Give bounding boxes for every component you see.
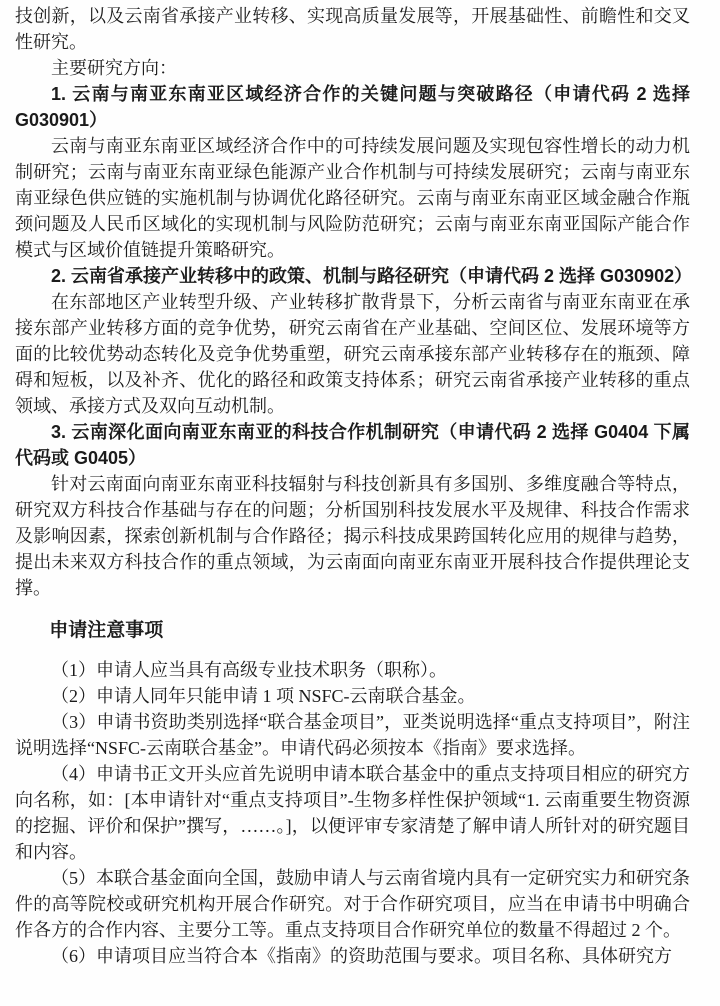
direction-3-heading: 3. 云南深化面向南亚东南亚的科技合作机制研究（申请代码 2 选择 G0404 … xyxy=(15,419,690,471)
note-2: （2）申请人同年只能申请 1 项 NSFC-云南联合基金。 xyxy=(15,683,690,709)
intro-continuation-paragraph: 技创新，以及云南省承接产业转移、实现高质量发展等，开展基础性、前瞻性和交叉性研究… xyxy=(15,3,690,55)
application-notes-heading: 申请注意事项 xyxy=(15,618,690,644)
note-6: （6）申请项目应当符合本《指南》的资助范围与要求。项目名称、具体研究方 xyxy=(15,943,690,969)
direction-3-body: 针对云南面向南亚东南亚科技辐射与科技创新具有多国别、多维度融合等特点，研究双方科… xyxy=(15,471,690,601)
direction-2-heading: 2. 云南省承接产业转移中的政策、机制与路径研究（申请代码 2 选择 G0309… xyxy=(15,263,690,289)
research-directions-label: 主要研究方向： xyxy=(15,55,690,81)
document-page: 技创新，以及云南省承接产业转移、实现高质量发展等，开展基础性、前瞻性和交叉性研究… xyxy=(0,0,720,1006)
note-4: （4）申请书正文开头应首先说明申请本联合基金中的重点支持项目相应的研究方向名称，… xyxy=(15,761,690,865)
note-1: （1）申请人应当具有高级专业技术职务（职称）。 xyxy=(15,657,690,683)
direction-1-heading: 1. 云南与南亚东南亚区域经济合作的关键问题与突破路径（申请代码 2 选择 G0… xyxy=(15,81,690,133)
direction-2-body: 在东部地区产业转型升级、产业转移扩散背景下，分析云南省与南亚东南亚在承接东部产业… xyxy=(15,289,690,419)
direction-1-body: 云南与南亚东南亚区域经济合作中的可持续发展问题及实现包容性增长的动力机制研究；云… xyxy=(15,133,690,263)
note-3: （3）申请书资助类别选择“联合基金项目”，亚类说明选择“重点支持项目”，附注说明… xyxy=(15,709,690,761)
note-5: （5）本联合基金面向全国，鼓励申请人与云南省境内具有一定研究实力和研究条件的高等… xyxy=(15,865,690,943)
